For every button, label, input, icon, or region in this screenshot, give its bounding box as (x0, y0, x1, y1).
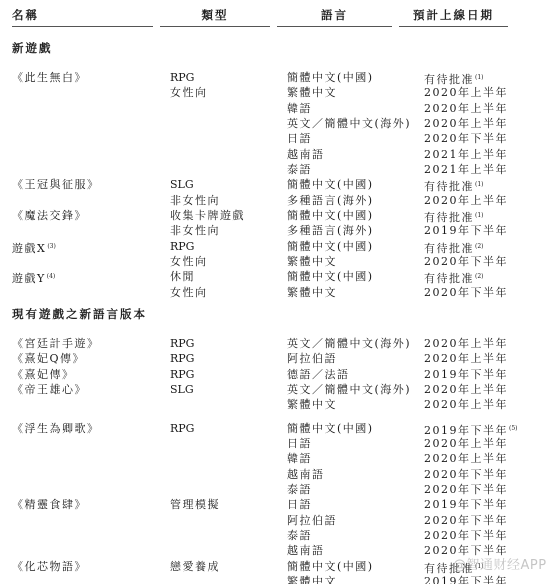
table-row: 《魔法交鋒》收集卡牌遊戲簡體中文(中國)有待批准(1) (0, 208, 554, 223)
language: 越南語 (287, 543, 325, 558)
language: 繁體中文 (287, 574, 337, 584)
game-type: 收集卡牌遊戲 (170, 208, 245, 223)
launch-date: 2021年上半年 (424, 147, 508, 162)
table-row: 非女性向多種語言(海外)2019年下半年 (0, 223, 554, 238)
launch-date-text: 2021年上半年 (424, 148, 508, 161)
launch-date: 2020年下半年 (424, 285, 508, 300)
game-type: RPG (170, 351, 194, 366)
table-row: 阿拉伯語2020年下半年 (0, 513, 554, 528)
game-type: RPG (170, 421, 194, 436)
language: 簡體中文(中國) (287, 239, 374, 254)
column-header-language: 語言 (277, 6, 392, 27)
language: 泰語 (287, 528, 312, 543)
table-row: 韓語2020年上半年 (0, 451, 554, 466)
language: 繁體中文 (287, 397, 337, 412)
game-name: 《帝王雄心》 (12, 382, 87, 397)
launch-date: 2020年下半年 (424, 513, 508, 528)
table-row: 《熹妃傳》RPG德語／法語2019年下半年 (0, 367, 554, 382)
launch-date-text: 2019年下半年 (424, 498, 508, 511)
table-row: 泰語2020年下半年 (0, 482, 554, 497)
launch-date-text: 2020年下半年 (424, 132, 508, 145)
launch-date-text: 2020年上半年 (424, 194, 508, 207)
launch-date-text: 2019年下半年 (424, 224, 508, 237)
game-name: 《化芯物語》 (12, 559, 87, 574)
launch-date: 2021年上半年 (424, 162, 508, 177)
launch-date-text: 2021年上半年 (424, 163, 508, 176)
launch-date: 2020年上半年 (424, 85, 508, 100)
table-row: 泰語2020年下半年 (0, 528, 554, 543)
footnote-marker: (1) (475, 181, 484, 188)
game-name-text: 《化芯物語》 (12, 560, 87, 573)
table-row: 泰語2021年上半年 (0, 162, 554, 177)
language: 簡體中文(中國) (287, 269, 374, 284)
new-language-versions-table-body: 《宮廷計手遊》RPG英文／簡體中文(海外)2020年上半年《熹妃Q傳》RPG阿拉… (0, 336, 554, 584)
game-name-text: 《魔法交鋒》 (12, 209, 87, 222)
game-name: 《精靈食肆》 (12, 497, 87, 512)
language: 繁體中文 (287, 285, 337, 300)
language: 日語 (287, 497, 312, 512)
language: 英文／簡體中文(海外) (287, 382, 411, 397)
footnote-marker: (4) (47, 273, 56, 280)
table-row: 非女性向多種語言(海外)2020年上半年 (0, 193, 554, 208)
language: 簡體中文(中國) (287, 70, 374, 85)
launch-date-text: 2020年下半年 (424, 514, 508, 527)
language: 韓語 (287, 101, 312, 116)
language: 多種語言(海外) (287, 193, 374, 208)
game-type: 非女性向 (170, 193, 220, 208)
launch-date-text: 2020年上半年 (424, 437, 508, 450)
launch-date: 2020年下半年 (424, 482, 508, 497)
new-games-table-body: 《此生無白》RPG簡體中文(中國)有待批准(1)女性向繁體中文2020年上半年韓… (0, 70, 554, 300)
launch-date: 2020年上半年 (424, 382, 508, 397)
game-name-text: 《精靈食肆》 (12, 498, 87, 511)
language: 繁體中文 (287, 254, 337, 269)
game-name-text: 《宮廷計手遊》 (12, 337, 100, 350)
table-row: 繁體中文2019年下半年 (0, 574, 554, 584)
game-name: 《此生無白》 (12, 70, 87, 85)
game-name: 《王冠與征服》 (12, 177, 100, 192)
section-title-new-language-versions: 現有遊戲之新語言版本 (12, 306, 147, 322)
footnote-marker: (5) (509, 425, 518, 432)
language: 多種語言(海外) (287, 223, 374, 238)
game-type: 女性向 (170, 254, 208, 269)
launch-date: 2020年下半年 (424, 467, 508, 482)
table-row: 《王冠與征服》SLG簡體中文(中國)有待批准(1) (0, 177, 554, 192)
game-name-text: 《王冠與征服》 (12, 178, 100, 191)
footnote-marker: (2) (475, 243, 484, 250)
language: 英文／簡體中文(海外) (287, 336, 411, 351)
column-header-name: 名稱 (12, 6, 153, 27)
launch-date: 2020年下半年 (424, 528, 508, 543)
launch-date-text: 2019年下半年 (424, 368, 508, 381)
language: 阿拉伯語 (287, 513, 337, 528)
watermark: @智通财经APP (453, 554, 547, 573)
game-name-text: 《熹妃傳》 (12, 368, 75, 381)
game-type: RPG (170, 239, 194, 254)
launch-date-text: 2020年下半年 (424, 529, 508, 542)
language: 日語 (287, 131, 312, 146)
launch-date: 2019年下半年 (424, 574, 508, 584)
launch-date-text: 2020年下半年 (424, 286, 508, 299)
launch-date-text: 2019年下半年 (424, 575, 508, 584)
launch-date: 2020年上半年 (424, 116, 508, 131)
launch-date: 2020年上半年 (424, 397, 508, 412)
game-type: RPG (170, 367, 194, 382)
language: 簡體中文(中國) (287, 559, 374, 574)
game-name-text: 《浮生為卿歌》 (12, 422, 100, 435)
launch-date-text: 有待批准 (424, 180, 474, 193)
table-row: 日語2020年下半年 (0, 131, 554, 146)
language: 簡體中文(中國) (287, 208, 374, 223)
language: 韓語 (287, 451, 312, 466)
footnote-marker: (1) (475, 212, 484, 219)
game-name: 《魔法交鋒》 (12, 208, 87, 223)
game-type: 女性向 (170, 85, 208, 100)
launch-date-text: 2020年上半年 (424, 86, 508, 99)
game-type: 戀愛養成 (170, 559, 220, 574)
launch-date-text: 2020年上半年 (424, 398, 508, 411)
launch-date-text: 2020年上半年 (424, 352, 508, 365)
launch-date: 2020年上半年 (424, 193, 508, 208)
language: 日語 (287, 436, 312, 451)
footnote-marker: (2) (475, 273, 484, 280)
game-name-text: 遊戲X (12, 242, 46, 255)
table-row: 繁體中文2020年上半年 (0, 397, 554, 412)
language: 阿拉伯語 (287, 351, 337, 366)
launch-date-text: 有待批准 (424, 242, 474, 255)
game-name: 《宮廷計手遊》 (12, 336, 100, 351)
section-title-new-games: 新遊戲 (12, 40, 53, 56)
launch-date: 2020年上半年 (424, 451, 508, 466)
column-header-type: 類型 (160, 6, 270, 27)
table-row: 遊戲X(3)RPG簡體中文(中國)有待批准(2) (0, 239, 554, 254)
launch-date-text: 2019年下半年 (424, 424, 508, 437)
launch-date: 2020年上半年 (424, 336, 508, 351)
launch-date-text: 2020年上半年 (424, 452, 508, 465)
table-row: 女性向繁體中文2020年下半年 (0, 254, 554, 269)
language: 簡體中文(中國) (287, 421, 374, 436)
table-row: 《熹妃Q傳》RPG阿拉伯語2020年上半年 (0, 351, 554, 366)
game-name: 《浮生為卿歌》 (12, 421, 100, 436)
launch-date: 2020年下半年 (424, 131, 508, 146)
table-row: 日語2020年上半年 (0, 436, 554, 451)
table-row: 越南語2020年下半年 (0, 467, 554, 482)
launch-date: 2019年下半年 (424, 497, 508, 512)
game-name: 《熹妃Q傳》 (12, 351, 85, 366)
language: 英文／簡體中文(海外) (287, 116, 411, 131)
table-row: 《宮廷計手遊》RPG英文／簡體中文(海外)2020年上半年 (0, 336, 554, 351)
game-type: SLG (170, 382, 194, 397)
launch-date-text: 有待批准 (424, 211, 474, 224)
launch-date: 2020年上半年 (424, 436, 508, 451)
launch-date-text: 2020年上半年 (424, 102, 508, 115)
language: 泰語 (287, 482, 312, 497)
table-row: 《此生無白》RPG簡體中文(中國)有待批准(1) (0, 70, 554, 85)
launch-date-text: 有待批准 (424, 73, 474, 86)
table-row: 遊戲Y(4)休閒簡體中文(中國)有待批准(2) (0, 269, 554, 284)
game-type: 休閒 (170, 269, 195, 284)
language: 簡體中文(中國) (287, 177, 374, 192)
launch-date: 2020年下半年 (424, 254, 508, 269)
game-name-text: 遊戲Y (12, 272, 46, 285)
launch-date-text: 2020年上半年 (424, 117, 508, 130)
launch-date: 2019年下半年 (424, 223, 508, 238)
game-type: RPG (170, 336, 194, 351)
column-header-launch-date: 預計上線日期 (399, 6, 508, 27)
game-type: 女性向 (170, 285, 208, 300)
game-name-text: 《熹妃Q傳》 (12, 352, 85, 365)
language: 德語／法語 (287, 367, 350, 382)
launch-date-text: 2020年上半年 (424, 337, 508, 350)
launch-date: 2020年上半年 (424, 351, 508, 366)
game-type: 管理模擬 (170, 497, 220, 512)
footnote-marker: (1) (475, 74, 484, 81)
table-row: 《精靈食肆》管理模擬日語2019年下半年 (0, 497, 554, 512)
language: 越南語 (287, 147, 325, 162)
table-row: 女性向繁體中文2020年下半年 (0, 285, 554, 300)
table-row: 《帝王雄心》SLG英文／簡體中文(海外)2020年上半年 (0, 382, 554, 397)
game-name-text: 《此生無白》 (12, 71, 87, 84)
launch-date-text: 2020年下半年 (424, 468, 508, 481)
launch-date: 2019年下半年 (424, 367, 508, 382)
table-row: 韓語2020年上半年 (0, 101, 554, 116)
game-type: 非女性向 (170, 223, 220, 238)
launch-date-text: 2020年上半年 (424, 383, 508, 396)
launch-date-text: 有待批准 (424, 272, 474, 285)
table-row: 越南語2021年上半年 (0, 147, 554, 162)
language: 越南語 (287, 467, 325, 482)
language: 繁體中文 (287, 85, 337, 100)
footnote-marker: (3) (47, 243, 56, 250)
table-row: 女性向繁體中文2020年上半年 (0, 85, 554, 100)
launch-date-text: 2020年下半年 (424, 255, 508, 268)
language: 泰語 (287, 162, 312, 177)
game-name: 《熹妃傳》 (12, 367, 75, 382)
table-row: 《浮生為卿歌》RPG簡體中文(中國)2019年下半年(5) (0, 421, 554, 436)
row-gap (0, 413, 554, 421)
game-type: RPG (170, 70, 194, 85)
game-name-text: 《帝王雄心》 (12, 383, 87, 396)
table-row: 英文／簡體中文(海外)2020年上半年 (0, 116, 554, 131)
launch-date-text: 2020年下半年 (424, 483, 508, 496)
game-type: SLG (170, 177, 194, 192)
launch-date: 2020年上半年 (424, 101, 508, 116)
